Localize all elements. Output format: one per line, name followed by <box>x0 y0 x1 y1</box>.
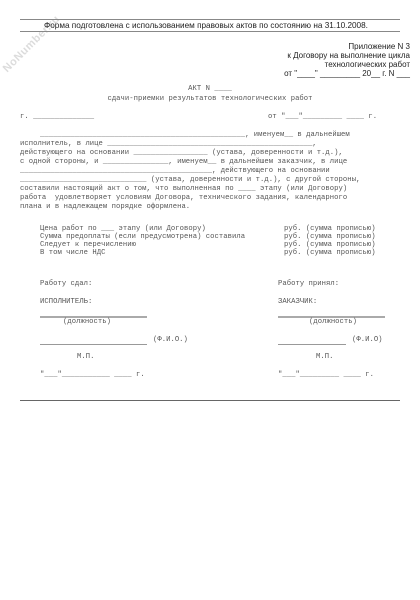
fio-line <box>40 344 147 345</box>
body-line-1: ________________________________________… <box>40 131 350 139</box>
header-rule-top <box>20 19 400 20</box>
payment-label: Цена работ по ___ этапу (или Договору) <box>40 225 206 233</box>
payment-label: В том числе НДС <box>40 249 105 257</box>
payment-label: Сумма предоплаты (если предусмотрена) со… <box>40 233 245 241</box>
header-note: Форма подготовлена с использованием прав… <box>44 21 368 30</box>
sign-date-field: "___"_________ ____ г. <box>278 371 374 379</box>
act-subtitle: сдачи-приемки результатов технологически… <box>0 95 420 103</box>
city-field: г. ______________ <box>20 113 94 121</box>
body-line-5: ________________________________________… <box>20 167 330 175</box>
payment-unit: руб. (сумма прописью) <box>284 225 376 233</box>
stamp-label: М.П. <box>316 353 333 361</box>
fio-line <box>278 344 346 345</box>
sign-date-field: "___"___________ ____ г. <box>40 371 145 379</box>
position-caption: (должность) <box>63 318 111 326</box>
header-rule-bottom <box>20 31 400 32</box>
appendix-line-1: Приложение N 3 <box>210 42 410 51</box>
work-handed-over-label: Работу сдал: <box>40 280 92 288</box>
footer-rule <box>20 400 400 401</box>
fio-caption: (Ф.И.О.) <box>153 336 188 344</box>
payment-unit: руб. (сумма прописью) <box>284 249 376 257</box>
stamp-label: М.П. <box>77 353 94 361</box>
act-date-field: от "___"_________ ____ г. <box>268 113 377 121</box>
body-line-2: исполнитель, в лице ____________________… <box>20 140 317 148</box>
payment-unit: руб. (сумма прописью) <box>284 241 376 249</box>
body-line-4: с одной стороны, и _______________, имен… <box>20 158 347 166</box>
body-line-3: действующего на основании ______________… <box>20 149 343 157</box>
contractor-label: ИСПОЛНИТЕЛЬ: <box>40 298 92 306</box>
payment-label: Следует к перечислению <box>40 241 136 249</box>
position-caption: (должность) <box>309 318 357 326</box>
payment-unit: руб. (сумма прописью) <box>284 233 376 241</box>
body-line-7: составили настоящий акт о том, что выпол… <box>20 185 347 193</box>
body-line-8: работа удовлетворяет условиям Договора, … <box>20 194 347 202</box>
body-line-6: _____________________________ (устава, д… <box>20 176 360 184</box>
body-line-9: плана и в надлежащем порядке оформлена. <box>20 203 190 211</box>
customer-label: ЗАКАЗЧИК: <box>278 298 317 306</box>
appendix-line-2: к Договору на выполнение цикла <box>210 51 410 60</box>
fio-caption: (Ф.И.О) <box>352 336 383 344</box>
work-accepted-label: Работу принял: <box>278 280 339 288</box>
appendix-line-4: от "____" _________ 20__ г. N ___ <box>210 69 410 78</box>
act-title: АКТ N ____ <box>0 85 420 93</box>
appendix-line-3: технологических работ <box>210 60 410 69</box>
